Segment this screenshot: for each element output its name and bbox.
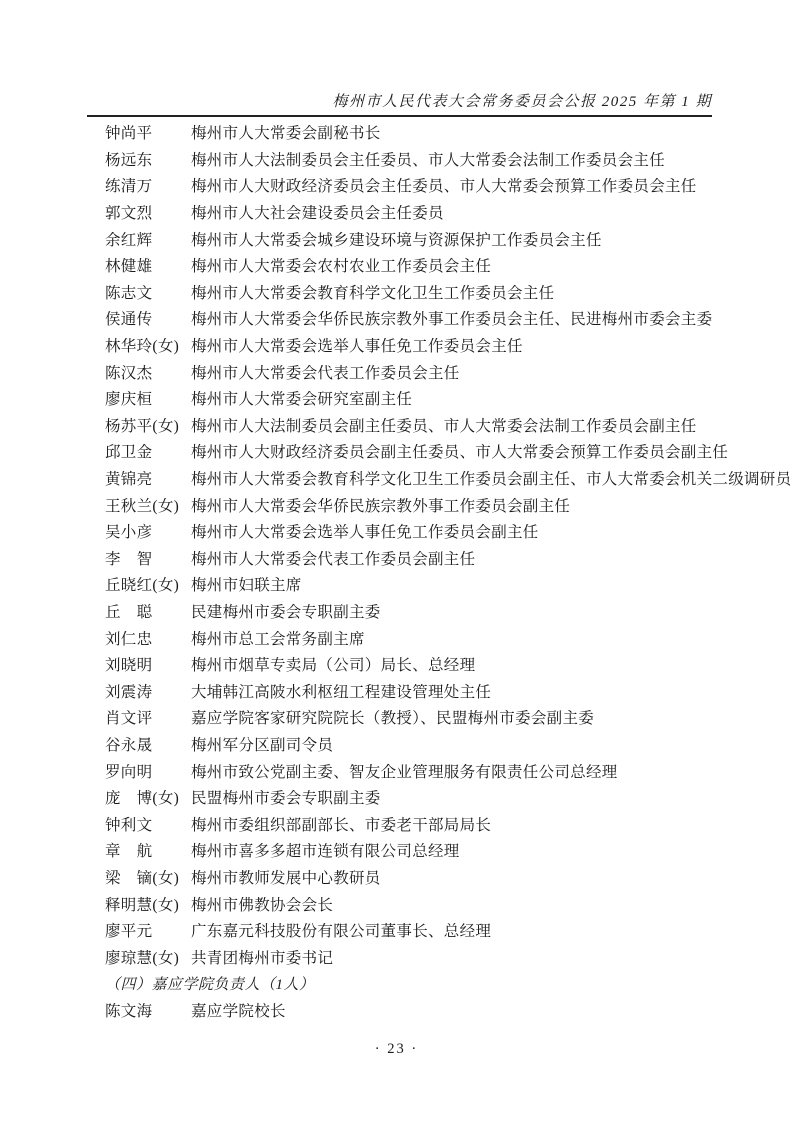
person-name: 吴小彦 (105, 520, 191, 542)
table-row: 郭文烈梅州市人大社会建设委员会主任委员 (105, 199, 715, 226)
person-name: 侯通传 (105, 307, 191, 329)
table-row: 余红辉梅州市人大常委会城乡建设环境与资源保护工作委员会主任 (105, 225, 715, 252)
section-heading: （四）嘉应学院负责人（1人） (105, 970, 715, 997)
person-position: 梅州市教师发展中心教研员 (191, 866, 715, 888)
person-name: 释明慧(女) (105, 893, 191, 915)
person-position: 梅州市委组织部副部长、市委老干部局局长 (191, 813, 715, 835)
person-position: 梅州军分区副司令员 (191, 733, 715, 755)
table-row: 谷永晟梅州军分区副司令员 (105, 731, 715, 758)
person-name: 梁 镝(女) (105, 866, 191, 888)
person-name: 陈汉杰 (105, 361, 191, 383)
table-row: 廖琼慧(女)共青团梅州市委书记 (105, 943, 715, 970)
table-row: 吴小彦梅州市人大常委会选举人事任免工作委员会副主任 (105, 518, 715, 545)
person-name: 钟利文 (105, 813, 191, 835)
table-row: 丘晓红(女)梅州市妇联主席 (105, 571, 715, 598)
table-row: 邱卫金梅州市人大财政经济委员会副主任委员、市人大常委会预算工作委员会副主任 (105, 438, 715, 465)
person-position: 梅州市人大常委会华侨民族宗教外事工作委员会主任、民进梅州市委会主委 (191, 307, 715, 329)
person-name: 杨苏平(女) (105, 414, 191, 436)
table-row: 陈汉杰梅州市人大常委会代表工作委员会主任 (105, 358, 715, 385)
person-position: 梅州市人大常委会选举人事任免工作委员会副主任 (191, 520, 715, 542)
person-position: 大埔韩江高陂水利枢纽工程建设管理处主任 (191, 680, 715, 702)
document-page: 梅州市人民代表大会常务委员会公报 2025 年第 1 期 钟尚平梅州市人大常委会… (0, 0, 793, 1122)
person-name: 谷永晟 (105, 733, 191, 755)
table-row: 刘震涛大埔韩江高陂水利枢纽工程建设管理处主任 (105, 677, 715, 704)
person-position: 梅州市人大社会建设委员会主任委员 (191, 201, 715, 223)
roster-list: 钟尚平梅州市人大常委会副秘书长杨远东梅州市人大法制委员会主任委员、市人大常委会法… (105, 119, 715, 1023)
table-row: 钟利文梅州市委组织部副部长、市委老干部局局长 (105, 810, 715, 837)
person-name: 丘 聪 (105, 600, 191, 622)
person-position: 民建梅州市委会专职副主委 (191, 600, 715, 622)
table-row: 庞 博(女)民盟梅州市委会专职副主委 (105, 784, 715, 811)
table-row: 刘仁忠梅州市总工会常务副主席 (105, 624, 715, 651)
table-row: 罗向明梅州市致公党副主委、智友企业管理服务有限责任公司总经理 (105, 757, 715, 784)
table-row: 廖庆桓梅州市人大常委会研究室副主任 (105, 385, 715, 412)
person-position: 梅州市人大常委会教育科学文化卫生工作委员会主任 (191, 281, 715, 303)
person-position: 梅州市人大法制委员会主任委员、市人大常委会法制工作委员会主任 (191, 148, 715, 170)
table-row: 杨苏平(女)梅州市人大法制委员会副主任委员、市人大常委会法制工作委员会副主任 (105, 412, 715, 439)
table-row: 林健雄梅州市人大常委会农村农业工作委员会主任 (105, 252, 715, 279)
person-name: 黄锦亮 (105, 467, 191, 489)
person-name: 刘仁忠 (105, 627, 191, 649)
person-name: 刘晓明 (105, 653, 191, 675)
person-position: 梅州市人大常委会研究室副主任 (191, 387, 715, 409)
table-row: 释明慧(女)梅州市佛教协会会长 (105, 890, 715, 917)
table-row: 王秋兰(女)梅州市人大常委会华侨民族宗教外事工作委员会副主任 (105, 491, 715, 518)
table-row: 廖平元广东嘉元科技股份有限公司董事长、总经理 (105, 917, 715, 944)
person-position: 梅州市人大常委会选举人事任免工作委员会主任 (191, 334, 715, 356)
table-row: 杨远东梅州市人大法制委员会主任委员、市人大常委会法制工作委员会主任 (105, 146, 715, 173)
person-position: 梅州市人大常委会农村农业工作委员会主任 (191, 254, 715, 276)
person-position: 共青团梅州市委书记 (191, 946, 715, 968)
person-position: 梅州市人大财政经济委员会主任委员、市人大常委会预算工作委员会主任 (191, 174, 715, 196)
person-name: 丘晓红(女) (105, 573, 191, 595)
person-position: 梅州市人大财政经济委员会副主任委员、市人大常委会预算工作委员会副主任 (191, 440, 728, 462)
person-name: 练清万 (105, 174, 191, 196)
person-name: 廖平元 (105, 919, 191, 941)
person-position: 民盟梅州市委会专职副主委 (191, 786, 715, 808)
person-name: 邱卫金 (105, 440, 191, 462)
person-name: 罗向明 (105, 760, 191, 782)
table-row: 陈志文梅州市人大常委会教育科学文化卫生工作委员会主任 (105, 279, 715, 306)
table-row: 梁 镝(女)梅州市教师发展中心教研员 (105, 864, 715, 891)
person-position: 梅州市人大常委会城乡建设环境与资源保护工作委员会主任 (191, 228, 715, 250)
person-position: 梅州市烟草专卖局（公司）局长、总经理 (191, 653, 715, 675)
person-name: 廖琼慧(女) (105, 946, 191, 968)
table-row: 丘 聪民建梅州市委会专职副主委 (105, 598, 715, 625)
person-name: 章 航 (105, 839, 191, 861)
table-row: 肖文评嘉应学院客家研究院院长（教授）、民盟梅州市委会副主委 (105, 704, 715, 731)
person-name: 杨远东 (105, 148, 191, 170)
table-row: 黄锦亮梅州市人大常委会教育科学文化卫生工作委员会副主任、市人大常委会机关二级调研… (105, 465, 715, 492)
person-position: 嘉应学院校长 (191, 999, 715, 1021)
person-position: 梅州市致公党副主委、智友企业管理服务有限责任公司总经理 (191, 760, 715, 782)
person-name: 陈文海 (105, 999, 191, 1021)
person-position: 梅州市妇联主席 (191, 573, 715, 595)
running-header: 梅州市人民代表大会常务委员会公报 2025 年第 1 期 (87, 90, 712, 111)
person-name: 林华玲(女) (105, 334, 191, 356)
header-rule (87, 115, 712, 117)
person-position: 梅州市佛教协会会长 (191, 893, 715, 915)
person-name: 廖庆桓 (105, 387, 191, 409)
person-position: 梅州市喜多多超市连锁有限公司总经理 (191, 839, 715, 861)
person-name: 刘震涛 (105, 680, 191, 702)
table-row: 练清万梅州市人大财政经济委员会主任委员、市人大常委会预算工作委员会主任 (105, 172, 715, 199)
table-row: 钟尚平梅州市人大常委会副秘书长 (105, 119, 715, 146)
person-position: 梅州市人大常委会副秘书长 (191, 121, 715, 143)
table-row: 章 航梅州市喜多多超市连锁有限公司总经理 (105, 837, 715, 864)
person-position: 梅州市人大常委会华侨民族宗教外事工作委员会副主任 (191, 494, 715, 516)
person-name: 庞 博(女) (105, 786, 191, 808)
table-row: 林华玲(女)梅州市人大常委会选举人事任免工作委员会主任 (105, 332, 715, 359)
person-position: 梅州市总工会常务副主席 (191, 627, 715, 649)
table-row: 李 智梅州市人大常委会代表工作委员会副主任 (105, 545, 715, 572)
person-position: 梅州市人大常委会教育科学文化卫生工作委员会副主任、市人大常委会机关二级调研员 (191, 467, 791, 489)
table-row: 侯通传梅州市人大常委会华侨民族宗教外事工作委员会主任、民进梅州市委会主委 (105, 305, 715, 332)
person-position: 梅州市人大常委会代表工作委员会主任 (191, 361, 715, 383)
person-name: 王秋兰(女) (105, 494, 191, 516)
person-position: 梅州市人大常委会代表工作委员会副主任 (191, 547, 715, 569)
table-row: 陈文海嘉应学院校长 (105, 997, 715, 1024)
person-position: 嘉应学院客家研究院院长（教授）、民盟梅州市委会副主委 (191, 706, 715, 728)
person-position: 梅州市人大法制委员会副主任委员、市人大常委会法制工作委员会副主任 (191, 414, 715, 436)
person-name: 余红辉 (105, 228, 191, 250)
person-name: 林健雄 (105, 254, 191, 276)
person-position: 广东嘉元科技股份有限公司董事长、总经理 (191, 919, 715, 941)
person-name: 肖文评 (105, 706, 191, 728)
person-name: 郭文烈 (105, 201, 191, 223)
person-name: 陈志文 (105, 281, 191, 303)
table-row: 刘晓明梅州市烟草专卖局（公司）局长、总经理 (105, 651, 715, 678)
page-number: · 23 · (0, 1041, 793, 1058)
person-name: 钟尚平 (105, 121, 191, 143)
person-name: 李 智 (105, 547, 191, 569)
